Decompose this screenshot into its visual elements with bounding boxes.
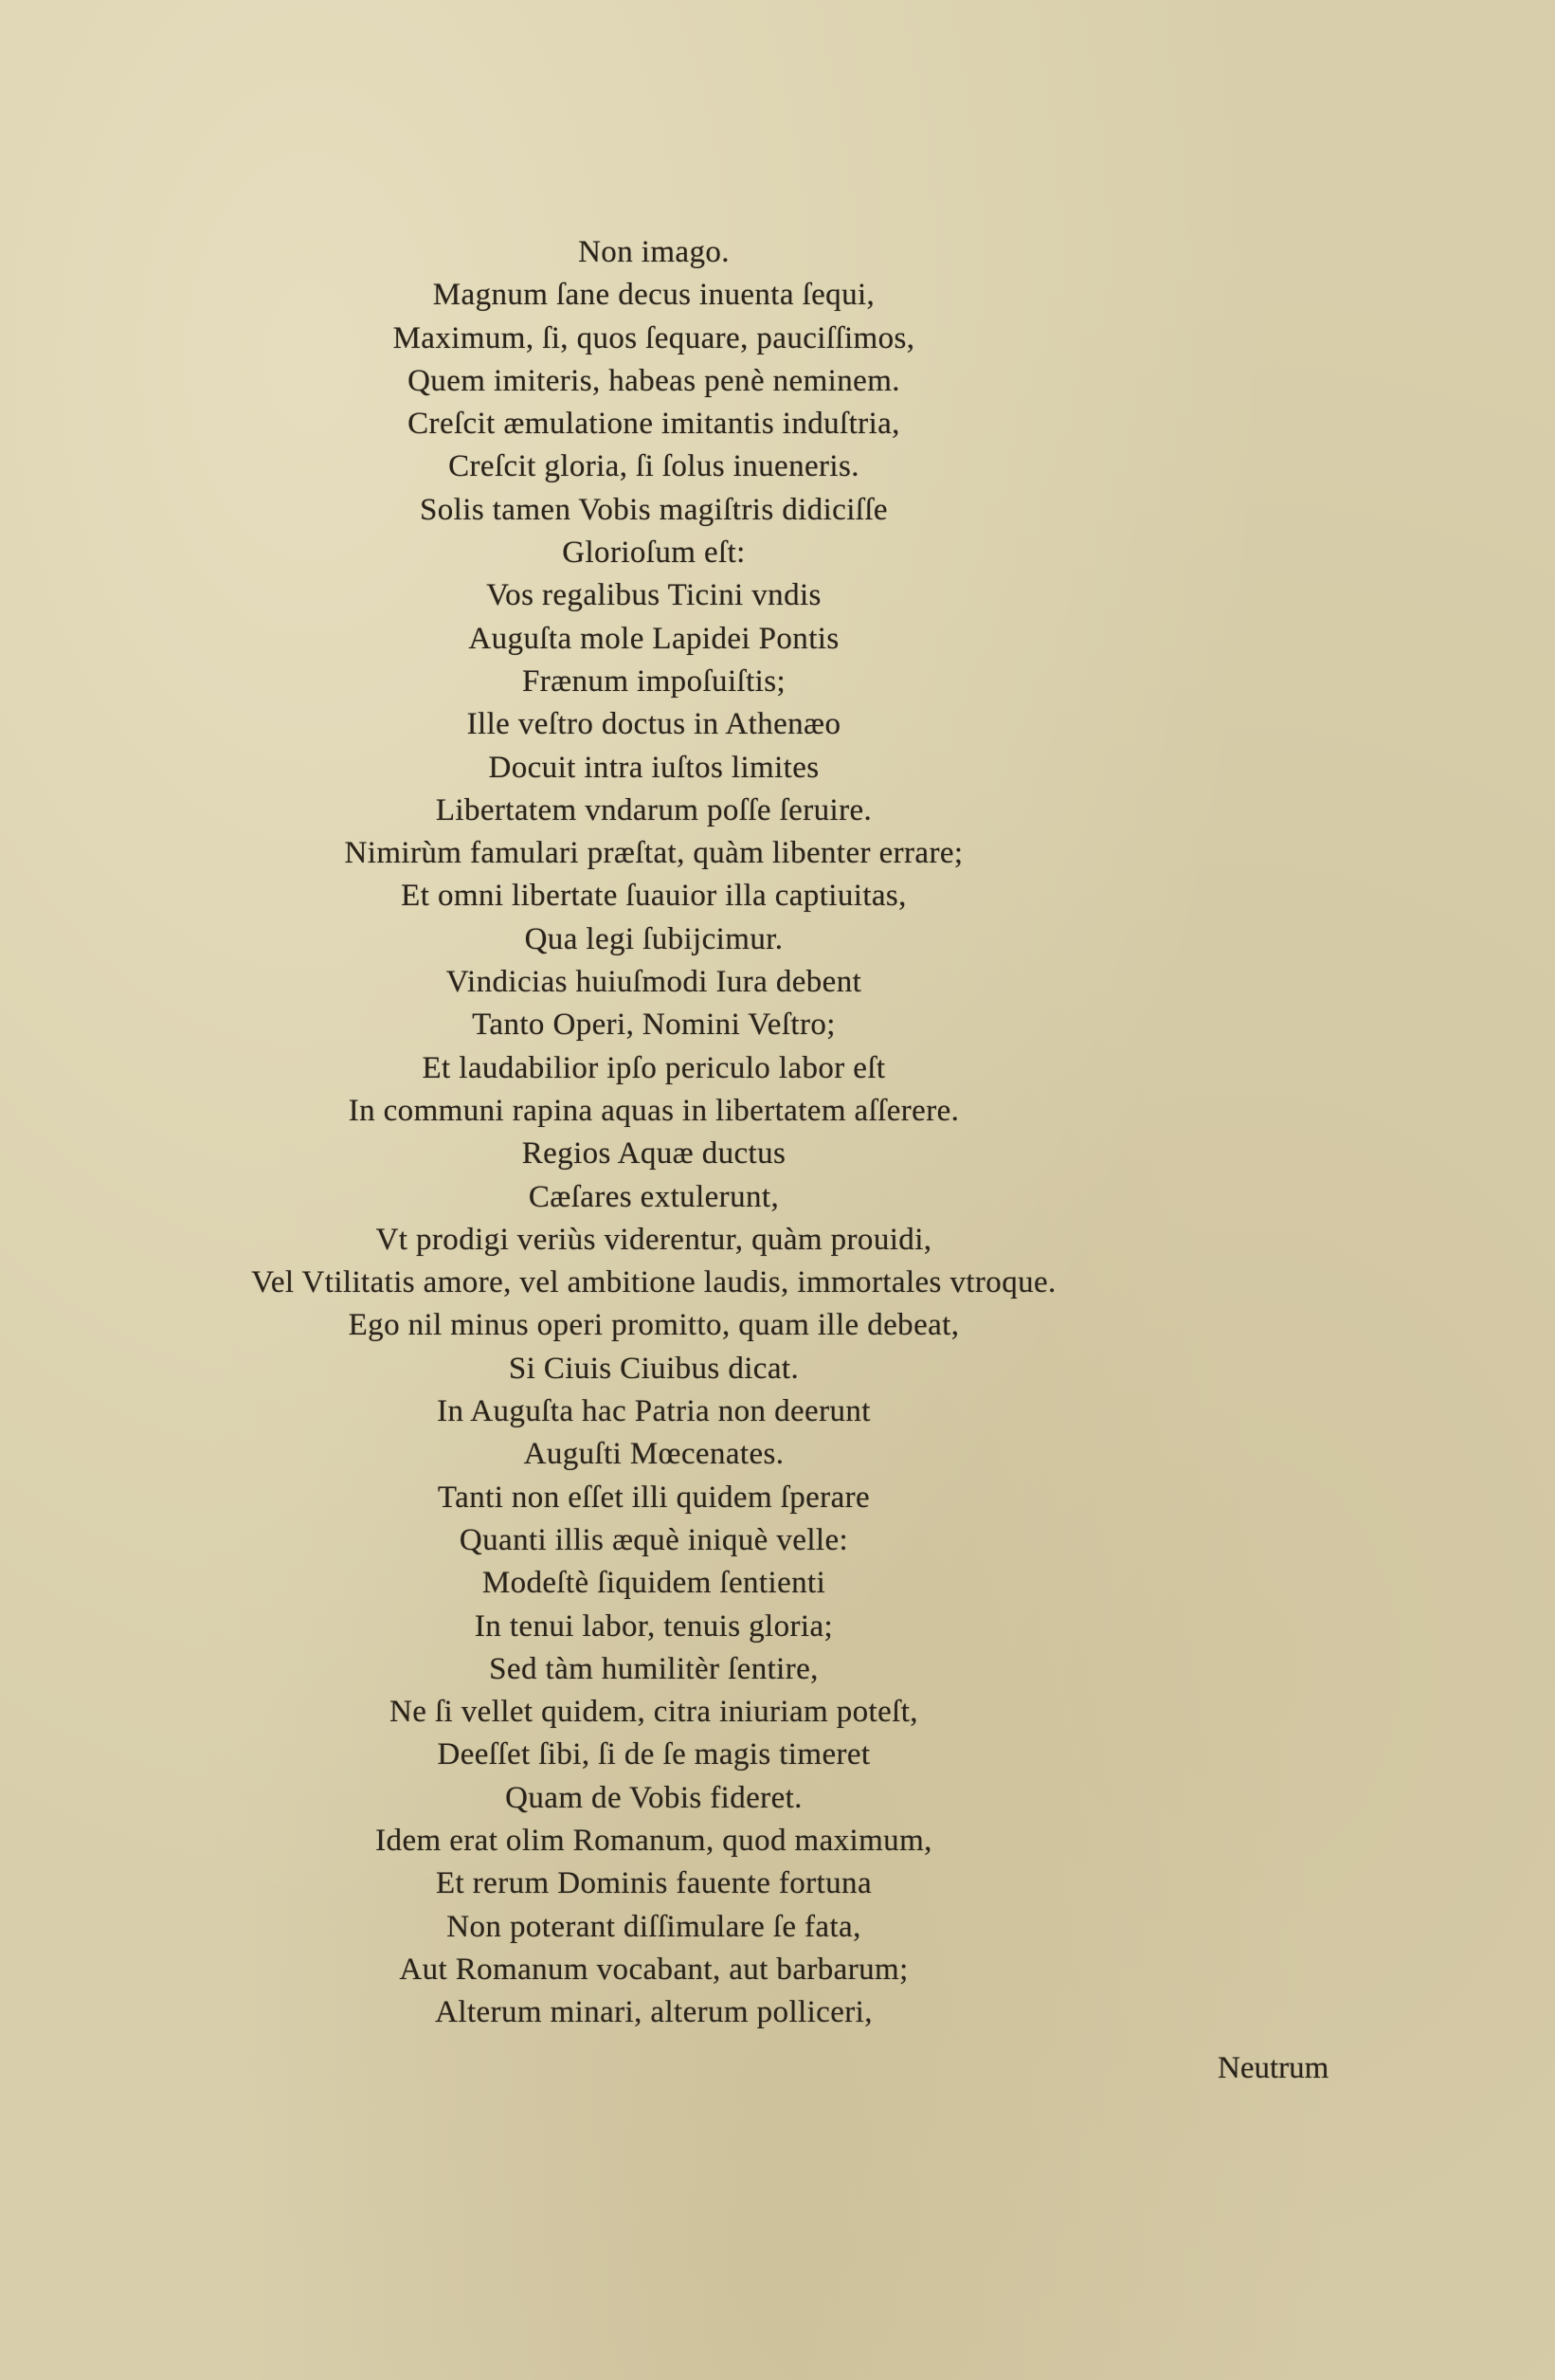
verse-line: Non imago. [0,231,1308,274]
verse-line: Vos regalibus Ticini vndis [0,574,1308,617]
verse-line: Creſcit gloria, ſi ſolus inueneris. [0,445,1308,488]
verse-line: Ne ſi vellet quidem, citra iniuriam pote… [0,1691,1308,1734]
verse-line: Maximum, ſi, quos ſequare, pauciſſimos, [0,318,1308,360]
verse-line: Et laudabilior ipſo periculo labor eſt [0,1047,1308,1090]
verse-line: Et omni libertate ſuauior illa captiuita… [0,875,1308,917]
verse-line: Quem imiteris, habeas penè neminem. [0,360,1308,403]
verse-line: Vel Vtilitatis amore, vel ambitione laud… [0,1262,1308,1304]
verse-line: Et rerum Dominis fauente fortuna [0,1862,1308,1905]
verse-line: Alterum minari, alterum polliceri, [0,1991,1308,2034]
verse-line: Libertatem vndarum poſſe ſeruire. [0,790,1308,832]
verse-line: Nimirùm famulari præſtat, quàm libenter … [0,832,1308,875]
verse-line: Tanti non eſſet illi quidem ſperare [0,1477,1308,1519]
verse-line: Vindicias huiuſmodi Iura debent [0,961,1308,1004]
verse-line: Solis tamen Vobis magiſtris didiciſſe [0,489,1308,532]
verse-line: Creſcit æmulatione imitantis induſtria, [0,403,1308,445]
verse-line: In Auguſta hac Patria non deerunt [0,1390,1308,1433]
verse-line: Aut Romanum vocabant, aut barbarum; [0,1949,1308,1991]
verse-block: Non imago. Magnum ſane decus inuenta ſeq… [0,231,1308,2034]
verse-line: Cæſares extulerunt, [0,1176,1308,1219]
verse-line: Docuit intra iuſtos limites [0,747,1308,790]
verse-line: Auguſti Mœcenates. [0,1433,1308,1476]
verse-line: Auguſta mole Lapidei Pontis [0,618,1308,661]
verse-line: Magnum ſane decus inuenta ſequi, [0,274,1308,317]
catchword: Neutrum [1218,2047,1329,2090]
verse-line: Deeſſet ſibi, ſi de ſe magis timeret [0,1734,1308,1776]
verse-line: Ille veſtro doctus in Athenæo [0,703,1308,746]
verse-line: Tanto Operi, Nomini Veſtro; [0,1004,1308,1046]
verse-line: Idem erat olim Romanum, quod maximum, [0,1820,1308,1862]
verse-line: Modeſtè ſiquidem ſentienti [0,1562,1308,1605]
verse-line: Vt prodigi veriùs viderentur, quàm proui… [0,1219,1308,1262]
book-page: Non imago. Magnum ſane decus inuenta ſeq… [0,0,1555,2380]
verse-line: Sed tàm humilitèr ſentire, [0,1648,1308,1691]
verse-line: Regios Aquæ ductus [0,1133,1308,1175]
verse-line: In tenui labor, tenuis gloria; [0,1606,1308,1648]
verse-line: In communi rapina aquas in libertatem aſ… [0,1090,1308,1133]
verse-line: Glorioſum eſt: [0,532,1308,574]
verse-line: Quam de Vobis fideret. [0,1777,1308,1820]
verse-line: Quanti illis æquè iniquè velle: [0,1519,1308,1562]
verse-line: Frænum impoſuiſtis; [0,661,1308,703]
verse-line: Ego nil minus operi promitto, quam ille … [0,1304,1308,1347]
verse-line: Qua legi ſubijcimur. [0,918,1308,961]
verse-line: Non poterant diſſimulare ſe fata, [0,1906,1308,1949]
verse-line: Si Ciuis Ciuibus dicat. [0,1348,1308,1390]
